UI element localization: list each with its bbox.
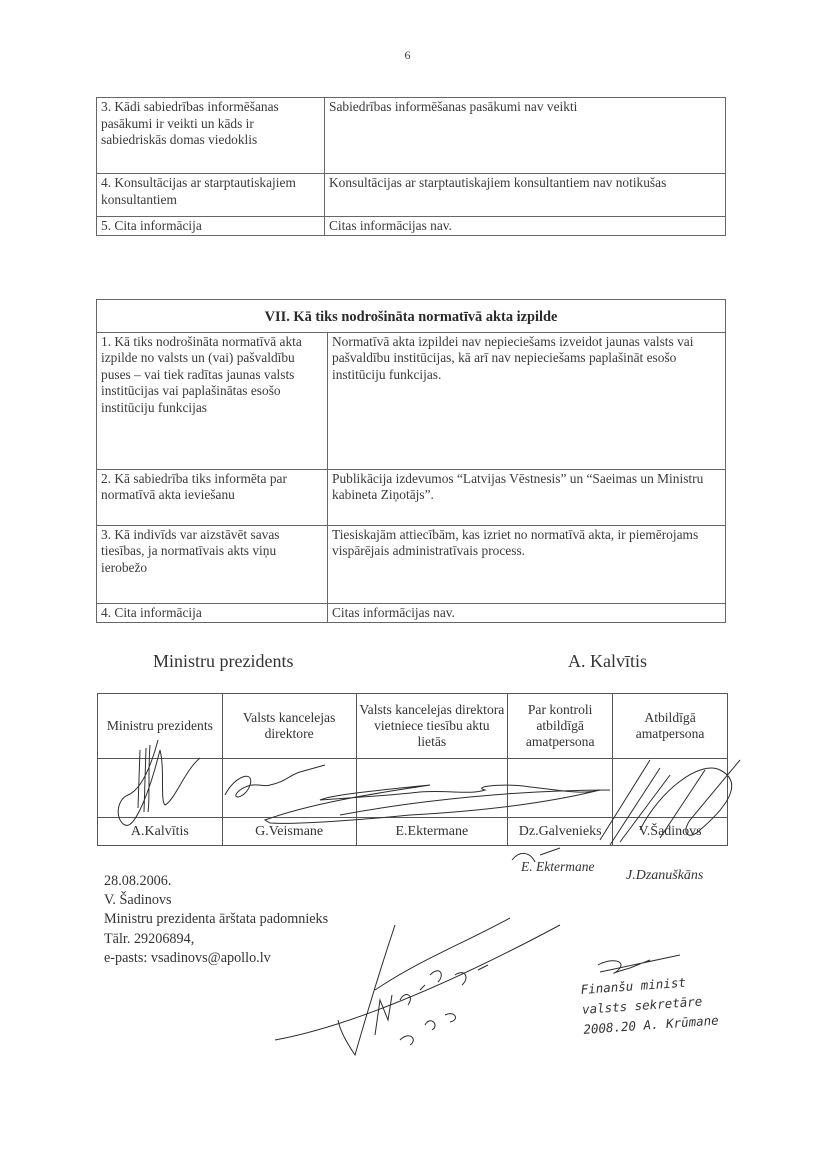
signature-cell <box>613 759 728 818</box>
signature-cell <box>356 759 508 818</box>
signer-name: E.Ektermane <box>356 818 508 846</box>
signature-finance <box>598 955 680 973</box>
question-cell: 3. Kādi sabiedrības informēšanas pasākum… <box>97 98 325 174</box>
table-row: 2. Kā sabiedrība tiks informēta par norm… <box>97 469 726 525</box>
table-row: 3. Kādi sabiedrības informēšanas pasākum… <box>97 98 726 174</box>
answer-cell: Citas informācijas nav. <box>325 217 726 236</box>
question-cell: 3. Kā indivīds var aizstāvēt savas tiesī… <box>97 525 328 603</box>
approval-title: Ministru prezidents <box>98 694 223 759</box>
signature-cell <box>98 759 223 818</box>
page-number: 6 <box>0 48 815 63</box>
question-cell: 5. Cita informācija <box>97 217 325 236</box>
signer-name: A.Kalvītis <box>98 818 223 846</box>
question-cell: 1. Kā tiks nodrošināta normatīvā akta iz… <box>97 332 328 469</box>
finance-ministry-stamp: Finanšu minist valsts sekretāre 2008.20 … <box>580 971 719 1040</box>
handwritten-bicevskis-text <box>375 965 488 1045</box>
contact-date: 28.08.2006. <box>104 872 328 891</box>
approval-names-row: A.Kalvītis G.Veismane E.Ektermane Dz.Gal… <box>98 818 728 846</box>
table-row: 5. Cita informācija Citas informācijas n… <box>97 217 726 236</box>
answer-cell: Tiesiskajām attiecībām, kas izriet no no… <box>328 525 726 603</box>
assessment-table-continued: 3. Kādi sabiedrības informēšanas pasākum… <box>96 97 726 236</box>
signatory-role: Ministru prezidents <box>153 651 293 672</box>
answer-cell: Publikācija izdevumos “Latvijas Vēstnesi… <box>328 469 726 525</box>
approval-title: Atbildīgā amatpersona <box>613 694 728 759</box>
table-row: 3. Kā indivīds var aizstāvēt savas tiesī… <box>97 525 726 603</box>
section-vii-table: VII. Kā tiks nodrošināta normatīvā akta … <box>96 299 726 623</box>
answer-cell: Sabiedrības informēšanas pasākumi nav ve… <box>325 98 726 174</box>
contact-email: e-pasts: vsadinovs@apollo.lv <box>104 949 328 968</box>
answer-cell: Citas informācijas nav. <box>328 603 726 622</box>
answer-cell: Konsultācijas ar starptautiskajiem konsu… <box>325 174 726 217</box>
handwritten-ektermane-stamp: E. Ektermane <box>521 859 594 875</box>
question-cell: 4. Cita informācija <box>97 603 328 622</box>
approval-title: Valsts kancelejas direktora vietniece ti… <box>356 694 508 759</box>
section-header-row: VII. Kā tiks nodrošināta normatīvā akta … <box>97 300 726 333</box>
approval-signatures-row <box>98 759 728 818</box>
question-cell: 4. Konsultācijas ar starptautiskajiem ko… <box>97 174 325 217</box>
signatory-name: A. Kalvītis <box>568 651 647 672</box>
handwritten-dzanuskans-stamp: J.Dzanuškāns <box>626 868 703 884</box>
signature-cell <box>222 759 356 818</box>
signer-name: G.Veismane <box>222 818 356 846</box>
signature-cell <box>508 759 613 818</box>
table-row: 4. Cita informācija Citas informācijas n… <box>97 603 726 622</box>
signer-name: Dz.Galvenieks <box>508 818 613 846</box>
table-row: 1. Kā tiks nodrošināta normatīvā akta iz… <box>97 332 726 469</box>
contact-position: Ministru prezidenta ārštata padomnieks <box>104 910 328 929</box>
approval-table: Ministru prezidents Valsts kancelejas di… <box>97 693 728 846</box>
approval-title: Par kontroli atbildīgā amatpersona <box>508 694 613 759</box>
approval-title: Valsts kancelejas direktore <box>222 694 356 759</box>
contact-name: V. Šadinovs <box>104 891 328 910</box>
signer-name: V.Šadinovs <box>613 818 728 846</box>
section-title: VII. Kā tiks nodrošināta normatīvā akta … <box>97 300 726 333</box>
contact-phone: Tālr. 29206894, <box>104 930 328 949</box>
contact-block: 28.08.2006. V. Šadinovs Ministru prezide… <box>104 872 328 968</box>
approval-titles-row: Ministru prezidents Valsts kancelejas di… <box>98 694 728 759</box>
table-row: 4. Konsultācijas ar starptautiskajiem ko… <box>97 174 726 217</box>
answer-cell: Normatīvā akta izpildei nav nepieciešams… <box>328 332 726 469</box>
question-cell: 2. Kā sabiedrība tiks informēta par norm… <box>97 469 328 525</box>
